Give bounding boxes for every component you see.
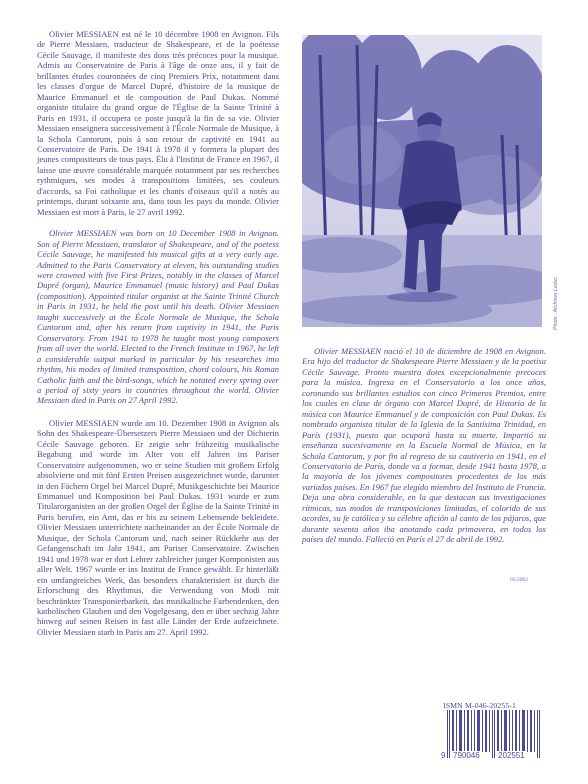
barcode-group-1: 790046 bbox=[452, 751, 481, 760]
date-code: 05/2002 bbox=[510, 577, 528, 583]
photo-credit: Photo : Archives Leduc bbox=[553, 277, 559, 330]
portrait-photo bbox=[302, 35, 542, 327]
photo-illustration bbox=[302, 35, 542, 327]
bio-french: Olivier MESSIAEN est né le 10 décembre 1… bbox=[37, 29, 279, 217]
right-column-text: Olivier MESSIAEN nació el 10 de diciembr… bbox=[302, 346, 546, 545]
bio-spanish: Olivier MESSIAEN nació el 10 de diciembr… bbox=[302, 346, 546, 545]
left-column: Olivier MESSIAEN est né le 10 décembre 1… bbox=[37, 29, 279, 637]
bio-german: Olivier MESSIAEN wurde am 10. Dezember 1… bbox=[37, 418, 279, 638]
bio-english: Olivier MESSIAEN was born on 10 December… bbox=[37, 228, 279, 406]
barcode-digit-left: 9 bbox=[440, 751, 446, 760]
barcode-group-2: 202551 bbox=[497, 751, 526, 760]
ismn-label: ISMN M-046-20255-1 bbox=[443, 701, 516, 710]
